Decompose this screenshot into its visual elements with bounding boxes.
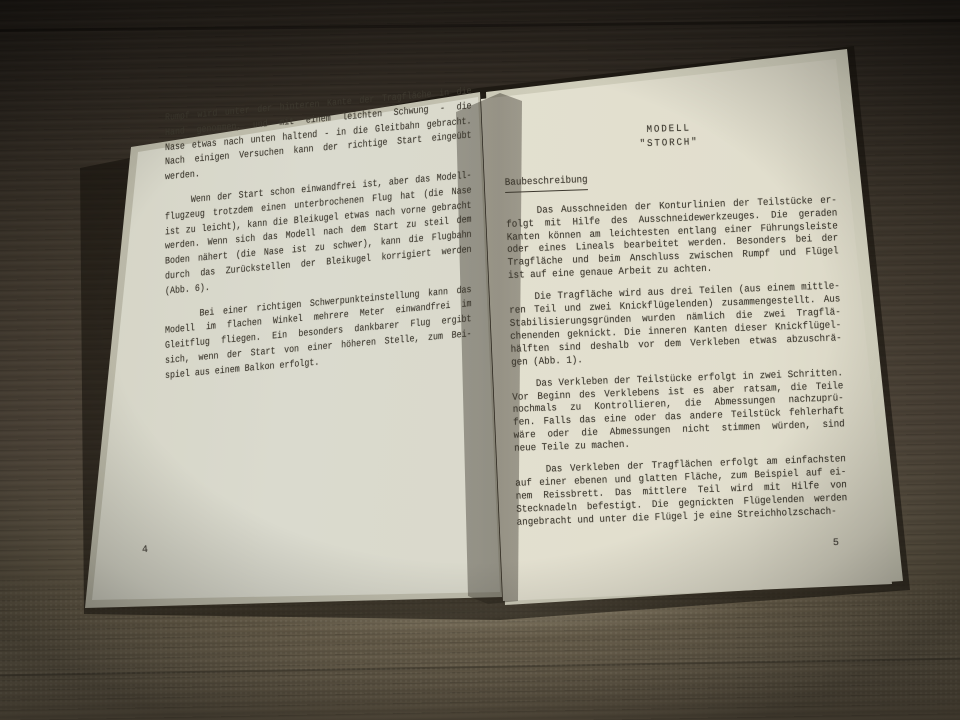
left-page-text: Rumpf wird unter der hinteren Kante der … — [165, 84, 472, 393]
paragraph: Die Tragfläche wird aus drei Teilen (aus… — [509, 281, 843, 370]
paragraph: Wenn der Start schon einwandfrei ist, ab… — [165, 168, 472, 299]
right-page-text: MODELL "STORCH" Baubeschreibung Das Auss… — [503, 118, 848, 539]
paragraph: Bei einer richtigen Schwerpunkteinstellu… — [165, 282, 472, 383]
section-heading: Baubeschreibung — [505, 175, 588, 193]
paragraph: Das Ausschneiden der Konturlinien der Te… — [506, 195, 840, 284]
page-number-left: 4 — [142, 545, 149, 556]
photo-scene: Rumpf wird unter der hinteren Kante der … — [0, 0, 960, 720]
paragraph: Das Verkleben der Tragflächen erfolgt am… — [515, 454, 848, 530]
page-number-right: 5 — [833, 538, 839, 549]
paragraph: Das Verkleben der Teilstücke erfolgt in … — [512, 368, 846, 457]
